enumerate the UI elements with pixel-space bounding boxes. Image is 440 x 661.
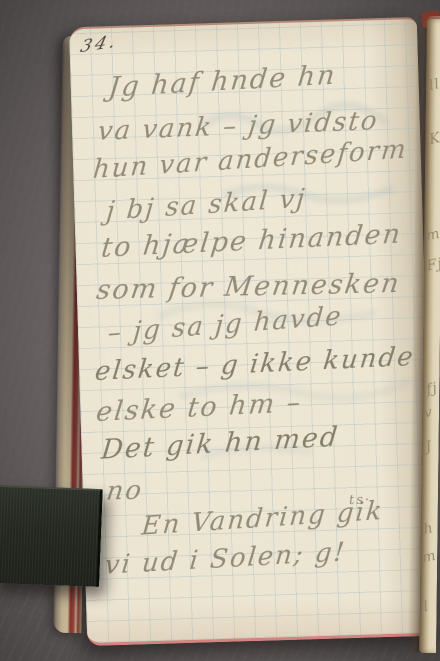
handwriting-fragment: h xyxy=(422,520,435,538)
handwriting-fragment: ll xyxy=(428,76,440,94)
notebook-photo: 34. Jg haf hnde hn va vank – jg vidsto h… xyxy=(0,0,440,661)
handwriting-superscript: ts· xyxy=(349,493,371,509)
handwriting-fragment: v xyxy=(423,404,435,421)
handwriting-fragment: J xyxy=(424,438,434,455)
handwriting-fragment: Fj xyxy=(425,256,440,275)
notebook-page: 34. Jg haf hnde hn va vank – jg vidsto h… xyxy=(69,17,435,646)
book-clasp xyxy=(0,485,103,587)
handwriting-fragment: l xyxy=(422,599,431,616)
handwriting-fragment: m xyxy=(421,548,438,566)
handwriting-line: no xyxy=(105,475,145,506)
handwriting-fragment: fj xyxy=(425,380,439,398)
handwriting-fragment: m xyxy=(425,226,440,244)
handwriting-fragment: K xyxy=(428,130,440,148)
